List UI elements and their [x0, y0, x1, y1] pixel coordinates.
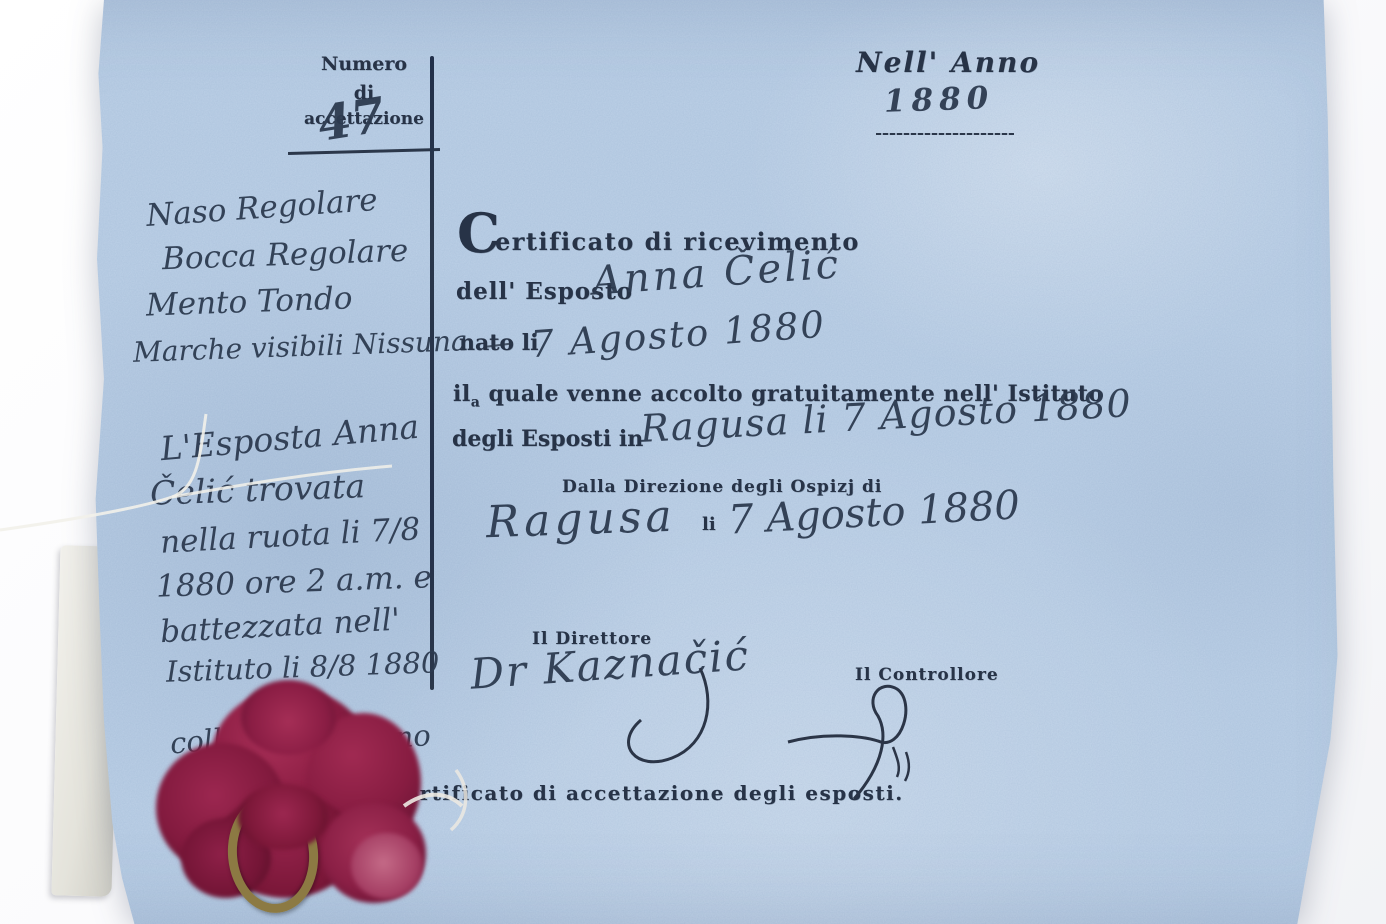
acceptance-number: 47 — [314, 87, 389, 153]
red-wool-token — [156, 688, 428, 908]
wool-strand-light — [351, 833, 423, 899]
finding-note-line: 1880 ore 2 a.m. e — [155, 559, 432, 605]
controller-signature-paraph — [893, 747, 909, 781]
institute-label: degli Esposti in — [452, 426, 643, 452]
finding-note-line: nella ruota li 7/8 — [159, 511, 421, 561]
wool-strand — [238, 784, 328, 850]
footer-caption: Certificato di accettazione degli espost… — [388, 781, 904, 805]
finding-note-line: Čelić trovata — [149, 466, 365, 512]
title-drop-cap: C — [457, 206, 500, 260]
birth-label: nato li — [459, 330, 538, 356]
infant-description-line: Marche visibili Nissuna — [133, 324, 469, 369]
finding-note-line: L'Esposta Anna — [159, 407, 421, 468]
infant-description-line: Naso Regolare — [145, 182, 379, 234]
accepted-prefix: il — [453, 381, 471, 407]
wool-strand — [241, 680, 336, 755]
birth-date-handwritten: 7 Agosto 1880 — [529, 303, 827, 367]
director-signature: Dr Kaznačić — [469, 630, 752, 698]
acceptance-label-line1: Numero — [288, 50, 440, 79]
year-underline — [876, 133, 1014, 135]
accepted-correction: a — [471, 394, 481, 410]
direction-place-handwritten: Ragusa — [485, 491, 676, 549]
year-label: Nell' Anno — [856, 46, 1040, 79]
infant-description-line: Bocca Regolare — [161, 233, 408, 278]
finding-note-line: battezzata nell' — [159, 602, 401, 651]
document-photo: Numero di accettazione 47 Nell' Anno 188… — [0, 0, 1386, 924]
direction-li-label: li — [702, 514, 716, 535]
year-value: 1880 — [883, 80, 994, 120]
acceptance-number-underline — [288, 148, 440, 155]
controller-label: Il Controllore — [855, 665, 999, 685]
infant-description-line: Mento Tondo — [145, 280, 353, 323]
